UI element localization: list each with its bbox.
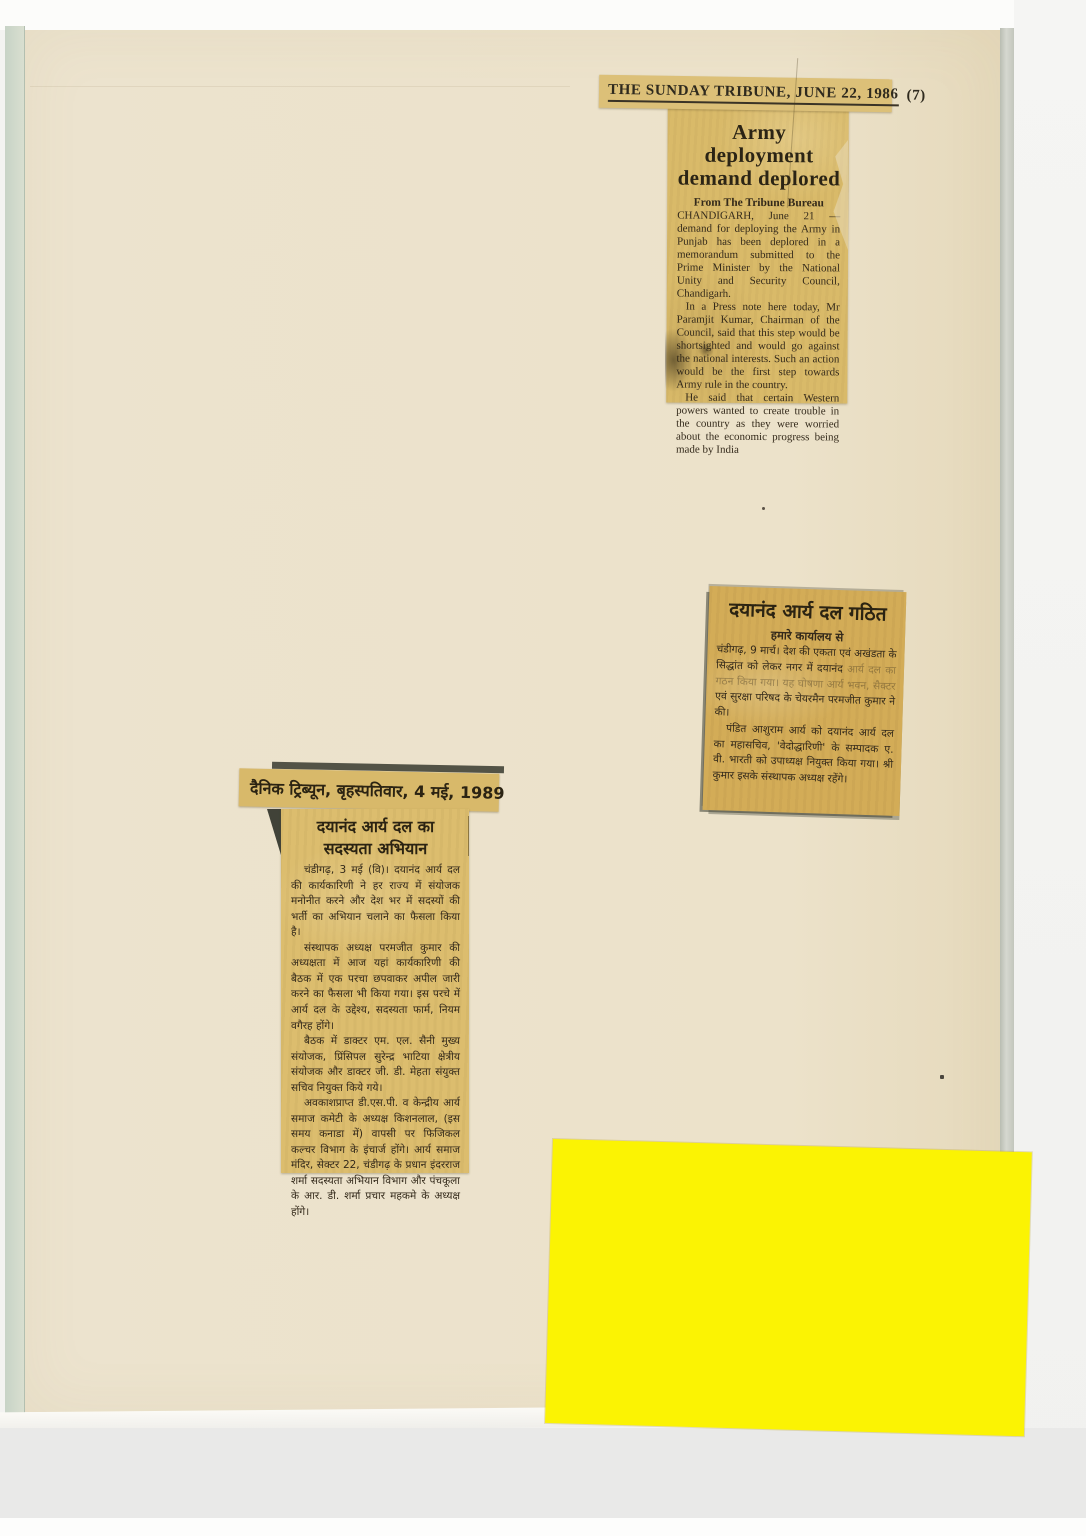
scanner-margin-top (0, 0, 1086, 30)
clipping-tribune-masthead: THE SUNDAY TRIBUNE, JUNE 22, 1986 (7) (599, 75, 892, 113)
clipping-paragraph: संस्थापक अध्यक्ष परमजीत कुमार की अध्यक्ष… (291, 941, 460, 1034)
clipping-paragraph: अवकाशप्राप्त डी.एस.पी. व केन्द्रीय आर्य … (291, 1096, 460, 1220)
clipping-paragraph: एवं सुरक्षा परिषद के चेयरमैन परमजीत कुमा… (714, 690, 895, 718)
clipping-army-deployment: Army deployment demand deplored From The… (666, 109, 849, 404)
scanned-scrapbook-page: Army deployment demand deplored From The… (0, 0, 1086, 1536)
ink-stain (665, 328, 693, 392)
clipping-paragraph: CHANDIGARH, June 21 — demand for deployi… (677, 210, 840, 302)
clipping-headline: दयानंद आर्य दल गठित (717, 595, 898, 627)
clipping-dainik-tribune-masthead: दैनिक ट्रिब्यून, बृहस्पतिवार, 4 मई, 1989 (239, 768, 500, 811)
column-rule-fragment (468, 816, 469, 856)
clipping-paragraph: पंडित आशुराम आर्य को दयानंद आर्य दल का म… (712, 721, 894, 790)
clipping-arya-dal-gathit: दयानंद आर्य दल गठित हमारे कार्यालय से चं… (703, 586, 907, 816)
clipping-byline: From The Tribune Bureau (677, 197, 840, 210)
scanner-margin-bottom (0, 1428, 1086, 1520)
clipping-headline: दयानंद आर्य दल का सदस्यता अभियान (291, 816, 460, 859)
scanner-margin-bottom-edge (0, 1518, 1086, 1536)
dust-speck (357, 1192, 359, 1194)
masthead-text: दैनिक ट्रिब्यून, बृहस्पतिवार, 4 मई, 1989 (250, 777, 505, 804)
clipping-paragraph: He said that certain Western powers want… (676, 391, 839, 457)
yellow-sticky-note (545, 1139, 1032, 1436)
masthead-page-number: (7) (906, 88, 926, 105)
clipping-paragraph: चंडीगढ़, 3 मई (वि)। दयानंद आर्य दल की का… (291, 863, 460, 941)
clipping-headline: Army deployment demand deplored (677, 121, 840, 191)
plastic-sleeve-edge-left (5, 26, 25, 1436)
masthead-text: THE SUNDAY TRIBUNE, JUNE 22, 1986 (608, 81, 899, 106)
page-crease-line (30, 86, 570, 87)
dust-speck (940, 1075, 944, 1079)
clipping-sadasyata-abhiyan: दयानंद आर्य दल का सदस्यता अभियान चंडीगढ़… (281, 809, 469, 1173)
clipping-paragraph: बैठक में डाक्टर एम. एल. सैनी मुख्य संयोज… (291, 1034, 460, 1096)
dust-speck (762, 507, 765, 510)
ink-stain (698, 342, 714, 358)
